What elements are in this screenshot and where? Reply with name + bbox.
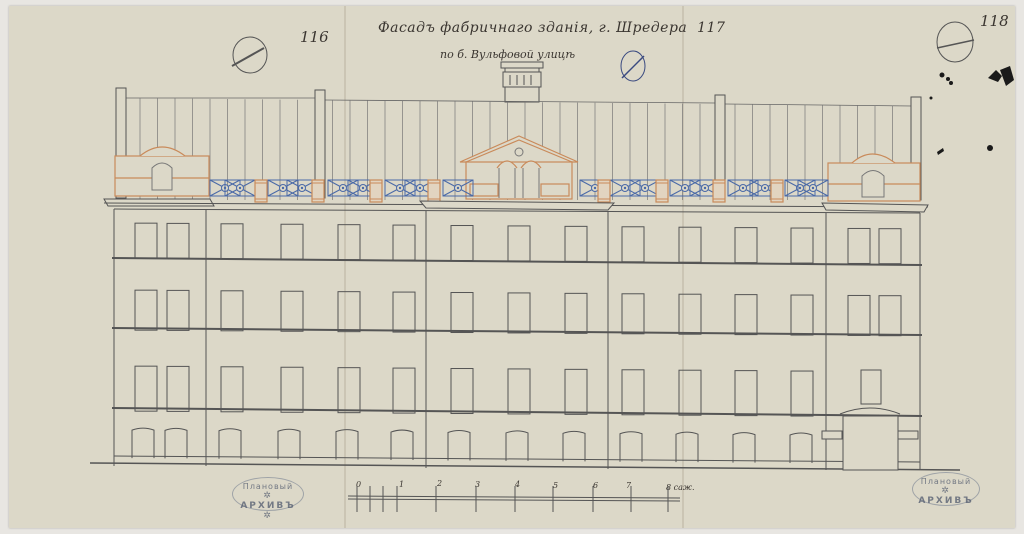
archive-mark-left — [232, 37, 267, 73]
chimney — [501, 62, 543, 102]
main-cornice — [104, 199, 928, 213]
left-dormer — [115, 147, 209, 196]
archive-mark-center — [621, 51, 645, 81]
gate-arch — [822, 370, 918, 470]
facade-elevation-drawing — [0, 0, 1024, 534]
ink-blots — [930, 66, 1015, 155]
archive-mark-right — [937, 22, 974, 62]
right-dormer — [828, 154, 920, 201]
scale-bar — [348, 486, 680, 512]
